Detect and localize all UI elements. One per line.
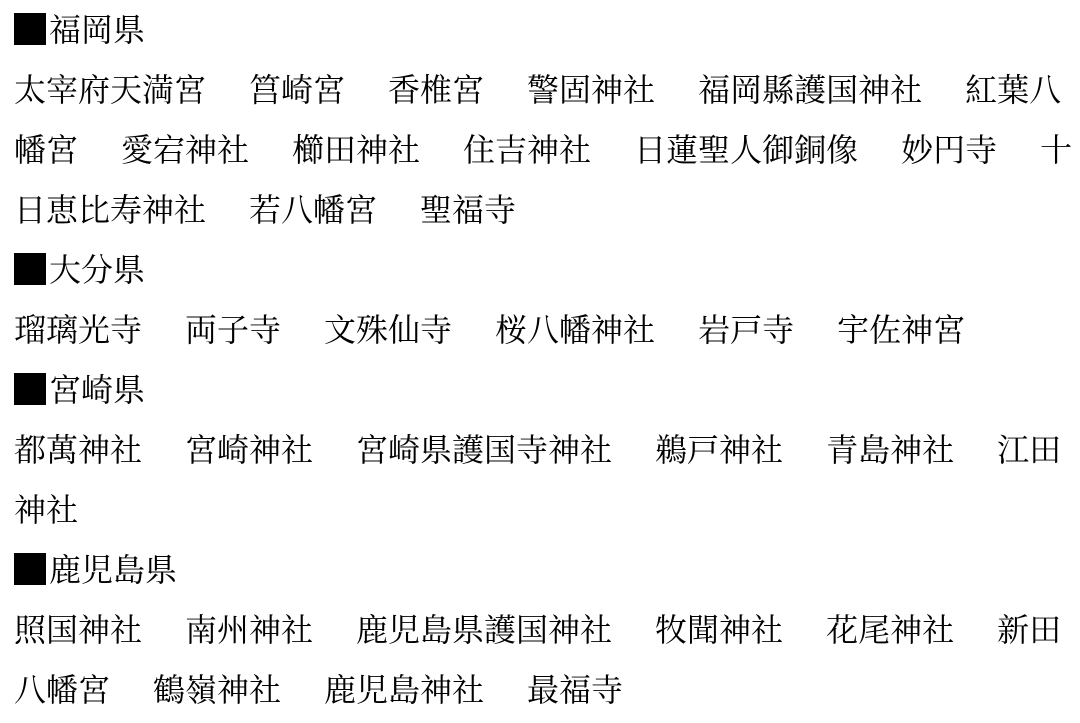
shrine-item: 鵜戸神社 <box>655 432 783 468</box>
shrine-item: 住吉神社 <box>463 132 591 168</box>
shrine-list: 都萬神社宮崎神社宮崎県護国寺神社鵜戸神社青島神社江田神社 <box>14 420 1074 540</box>
shrine-item: 鹿児島神社 <box>324 672 484 708</box>
item-separator <box>452 340 495 341</box>
black-square-marker: ■ <box>14 373 46 405</box>
item-separator <box>783 640 826 641</box>
item-separator <box>313 460 356 461</box>
item-separator <box>997 160 1040 161</box>
prefecture-name: 鹿児島県 <box>49 552 177 588</box>
prefecture-heading: ■宮崎県 <box>14 360 1074 420</box>
shrine-item: 筥崎宮 <box>249 72 345 108</box>
shrine-item: 牧聞神社 <box>655 612 783 648</box>
shrine-item: 愛宕神社 <box>121 132 249 168</box>
shrine-item: 岩戸寺 <box>698 312 794 348</box>
item-separator <box>954 640 997 641</box>
item-separator <box>249 160 292 161</box>
item-separator <box>922 100 965 101</box>
black-square-marker: ■ <box>14 253 46 285</box>
prefecture-name: 宮崎県 <box>49 372 145 408</box>
shrine-item: 鹿児島県護国神社 <box>356 612 612 648</box>
prefecture-section: ■宮崎県都萬神社宮崎神社宮崎県護国寺神社鵜戸神社青島神社江田神社 <box>14 360 1074 540</box>
shrine-item: 太宰府天満宮 <box>14 72 206 108</box>
shrine-list: 瑠璃光寺両子寺文殊仙寺桜八幡神社岩戸寺宇佐神宮 <box>14 300 1074 360</box>
shrine-item: 櫛田神社 <box>292 132 420 168</box>
item-separator <box>420 160 463 161</box>
item-separator <box>794 340 837 341</box>
shrine-item: 日蓮聖人御銅像 <box>634 132 858 168</box>
black-square-marker: ■ <box>14 13 46 45</box>
item-separator <box>612 640 655 641</box>
prefecture-section: ■鹿児島県照国神社南州神社鹿児島県護国神社牧聞神社花尾神社新田八幡宮鶴嶺神社鹿児… <box>14 540 1074 720</box>
shrine-item: 桜八幡神社 <box>495 312 655 348</box>
shrine-item: 都萬神社 <box>14 432 142 468</box>
prefecture-heading: ■大分県 <box>14 240 1074 300</box>
shrine-item: 両子寺 <box>185 312 281 348</box>
item-separator <box>612 460 655 461</box>
item-separator <box>142 640 185 641</box>
shrine-item: 花尾神社 <box>826 612 954 648</box>
shrine-temple-list-document: ■福岡県太宰府天満宮筥崎宮香椎宮警固神社福岡縣護国神社紅葉八幡宮愛宕神社櫛田神社… <box>0 0 1080 720</box>
shrine-item: 聖福寺 <box>420 192 516 228</box>
item-separator <box>484 100 527 101</box>
prefecture-name: 大分県 <box>49 252 145 288</box>
shrine-item: 瑠璃光寺 <box>14 312 142 348</box>
item-separator <box>142 340 185 341</box>
item-separator <box>655 100 698 101</box>
shrine-item: 警固神社 <box>527 72 655 108</box>
black-square-marker: ■ <box>14 553 46 585</box>
shrine-item: 最福寺 <box>527 672 623 708</box>
shrine-item: 妙円寺 <box>901 132 997 168</box>
item-separator <box>206 220 249 221</box>
prefecture-heading: ■福岡県 <box>14 0 1074 60</box>
shrine-item: 青島神社 <box>826 432 954 468</box>
item-separator <box>206 100 249 101</box>
item-separator <box>858 160 901 161</box>
item-separator <box>377 220 420 221</box>
shrine-item: 福岡縣護国神社 <box>698 72 922 108</box>
shrine-item: 香椎宮 <box>388 72 484 108</box>
item-separator <box>591 160 634 161</box>
shrine-item: 宮崎神社 <box>185 432 313 468</box>
shrine-item: 南州神社 <box>185 612 313 648</box>
shrine-list: 太宰府天満宮筥崎宮香椎宮警固神社福岡縣護国神社紅葉八幡宮愛宕神社櫛田神社住吉神社… <box>14 60 1074 240</box>
prefecture-section: ■福岡県太宰府天満宮筥崎宮香椎宮警固神社福岡縣護国神社紅葉八幡宮愛宕神社櫛田神社… <box>14 0 1074 240</box>
shrine-item: 照国神社 <box>14 612 142 648</box>
shrine-item: 若八幡宮 <box>249 192 377 228</box>
item-separator <box>345 100 388 101</box>
shrine-item: 宮崎県護国寺神社 <box>356 432 612 468</box>
item-separator <box>655 340 698 341</box>
shrine-item: 宇佐神宮 <box>837 312 965 348</box>
shrine-list: 照国神社南州神社鹿児島県護国神社牧聞神社花尾神社新田八幡宮鶴嶺神社鹿児島神社最福… <box>14 600 1074 720</box>
item-separator <box>110 700 153 701</box>
shrine-item: 文殊仙寺 <box>324 312 452 348</box>
item-separator <box>313 640 356 641</box>
item-separator <box>281 340 324 341</box>
item-separator <box>484 700 527 701</box>
item-separator <box>783 460 826 461</box>
item-separator <box>954 460 997 461</box>
item-separator <box>142 460 185 461</box>
prefecture-section: ■大分県瑠璃光寺両子寺文殊仙寺桜八幡神社岩戸寺宇佐神宮 <box>14 240 1074 360</box>
item-separator <box>78 160 121 161</box>
shrine-item: 鶴嶺神社 <box>153 672 281 708</box>
prefecture-name: 福岡県 <box>49 12 145 48</box>
item-separator <box>281 700 324 701</box>
prefecture-heading: ■鹿児島県 <box>14 540 1074 600</box>
